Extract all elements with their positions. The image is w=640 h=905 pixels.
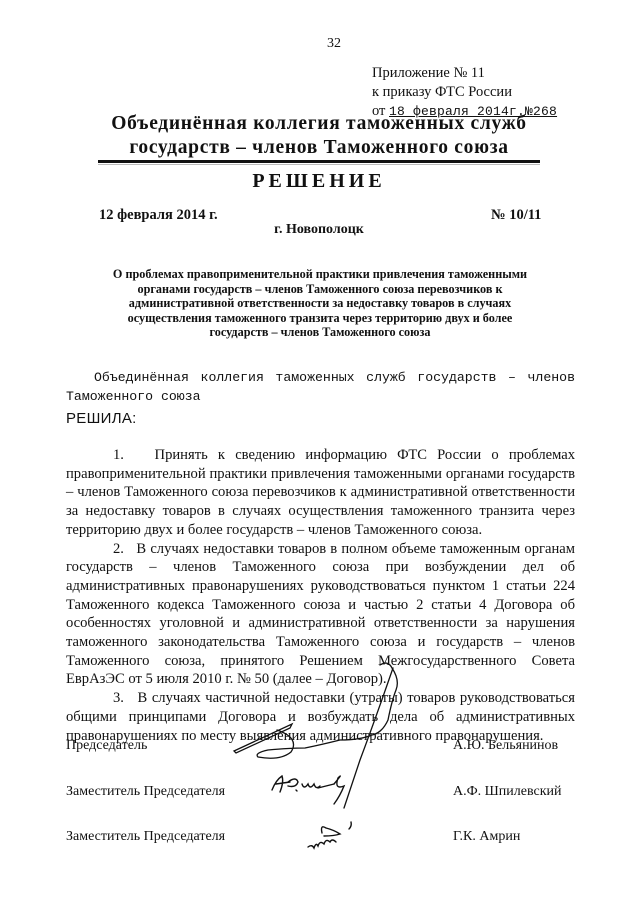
- signature-deputy-2-icon: [0, 0, 640, 905]
